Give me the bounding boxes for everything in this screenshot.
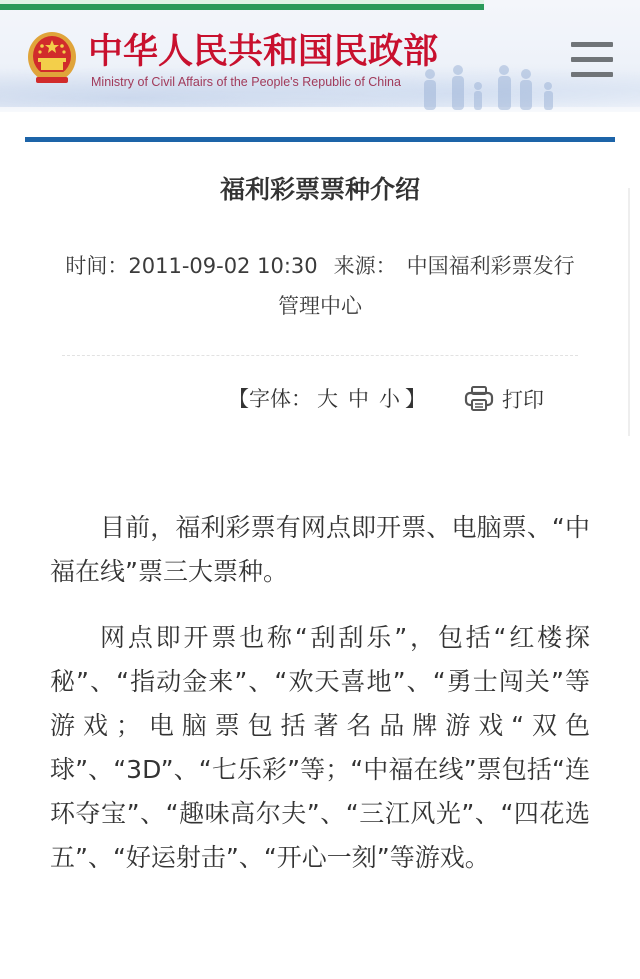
time-label: 时间： [65,254,128,278]
font-size-small-button[interactable]: 小 [379,387,400,411]
article-paragraph: 目前，福利彩票有网点即开票、电脑票、“中福在线”票三大票种。 [50,506,590,594]
ministry-logo-english: Ministry of Civil Affairs of the People'… [91,74,401,90]
article-meta: 时间：2011-09-02 10:30来源：中国福利彩票发行管理中心 [60,246,580,326]
article-body: 目前，福利彩票有网点即开票、电脑票、“中福在线”票三大票种。 网点即开票也称“刮… [50,506,590,902]
print-button[interactable]: 打印 [464,383,544,415]
article-title: 福利彩票票种介绍 [0,172,640,208]
font-label-close: 】 [405,387,426,411]
source-value: 中国福利彩票发行管理中心 [278,254,575,318]
font-size-large-button[interactable]: 大 [317,387,338,411]
source-label: 来源： [334,254,397,278]
font-label-open: 【字体： [228,387,312,411]
content-box-border [628,188,630,436]
hamburger-menu-icon [571,42,613,47]
hamburger-menu-button[interactable] [568,38,616,82]
print-label: 打印 [502,384,544,414]
national-emblem-icon [26,30,78,88]
hamburger-menu-icon-bar [571,57,613,62]
font-size-medium-button[interactable]: 中 [348,387,369,411]
publish-time: 2011-09-02 10:30 [128,254,317,278]
font-size-controls: 【字体：大中小】 [228,383,426,415]
header-divider [25,137,615,142]
hamburger-menu-icon-bar [571,72,613,77]
meta-divider [62,355,578,356]
printer-icon [464,385,494,413]
top-accent-bar [0,4,484,10]
people-silhouette-icon [380,58,580,112]
site-header: 中华人民共和国民政部 Ministry of Civil Affairs of … [0,0,640,112]
article-paragraph: 网点即开票也称“刮刮乐”，包括“红楼探秘”、“指动金来”、“欢天喜地”、“勇士闯… [50,616,590,880]
